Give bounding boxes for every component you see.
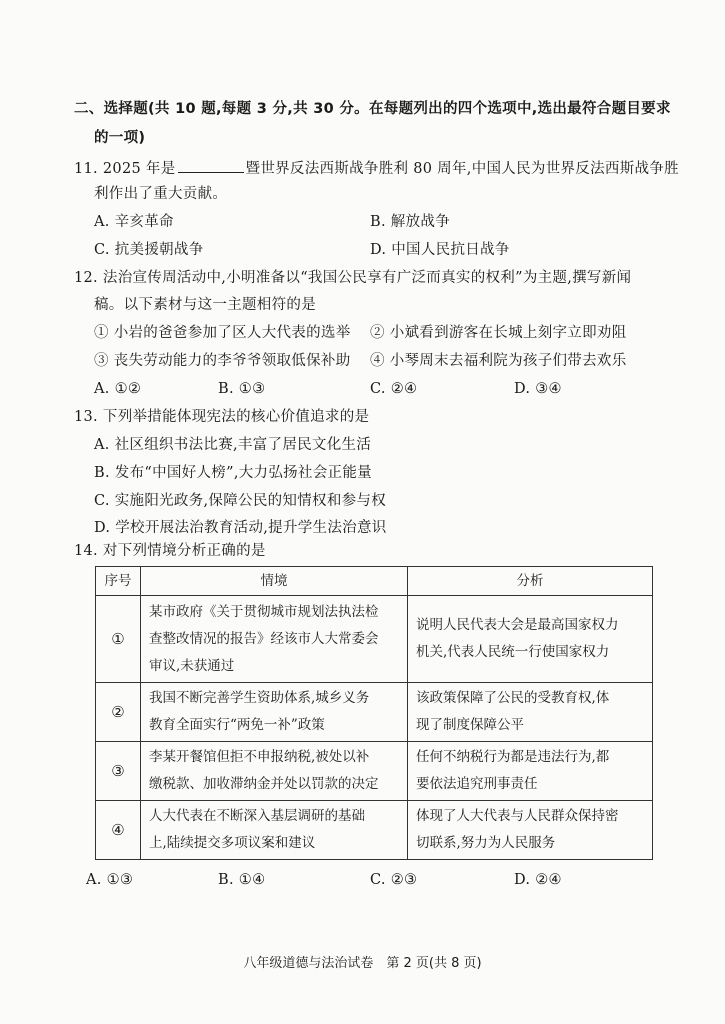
- option-label: D.: [514, 381, 530, 397]
- row-no: ①: [96, 596, 141, 683]
- q12-option-c: C. ②④: [370, 379, 417, 399]
- row-analysis: 体现了人大代表与人民群众保持密 切联系,努力为人民服务: [408, 801, 653, 860]
- header-situation: 情境: [141, 567, 408, 596]
- situation-line: 审议,未获通过: [149, 653, 399, 680]
- header-no: 序号: [96, 567, 141, 596]
- situation-table: 序号 情境 分析 ① 某市政府《关于贯彻城市规划法执法检 查整改情况的报告》经该…: [95, 566, 653, 860]
- q12-option-a: A. ①②: [94, 379, 141, 399]
- table-header-row: 序号 情境 分析: [96, 567, 653, 596]
- option-text: 学校开展法治教育活动,提升学生法治意识: [115, 520, 386, 536]
- q14-number: 14.: [74, 543, 98, 559]
- q12-material-1: ① 小岩的爸爸参加了区人大代表的选举: [94, 323, 351, 343]
- option-label: B.: [94, 465, 110, 481]
- option-text: ②③: [391, 872, 418, 888]
- q12-material-4: ④ 小琴周末去福利院为孩子们带去欢乐: [370, 351, 627, 371]
- option-text: 解放战争: [391, 214, 450, 230]
- q12-option-d: D. ③④: [514, 379, 562, 399]
- q14-option-a: A. ①③: [86, 870, 133, 890]
- analysis-line: 机关,代表人民统一行使国家权力: [416, 639, 644, 666]
- q11-number: 11.: [74, 161, 98, 177]
- row-no: ②: [96, 683, 141, 742]
- q12-stem: 12. 法治宣传周活动中,小明准备以“我国公民享有广泛而真实的权利”为主题,撰写…: [74, 268, 631, 288]
- row-analysis: 说明人民代表大会是最高国家权力 机关,代表人民统一行使国家权力: [408, 596, 653, 683]
- option-text: ①④: [239, 872, 266, 888]
- option-label: A.: [94, 214, 110, 230]
- option-label: D.: [370, 242, 386, 258]
- q11-stem-line2: 利作出了重大贡献。: [94, 184, 227, 204]
- option-label: D.: [94, 520, 110, 536]
- option-text: 社区组织书法比赛,丰富了居民文化生活: [115, 437, 372, 453]
- analysis-line: 现了制度保障公平: [416, 712, 644, 739]
- table-row: ③ 李某开餐馆但拒不申报纳税,被处以补 缴税款、加收滞纳金并处以罚款的决定 任何…: [96, 742, 653, 801]
- q14-option-c: C. ②③: [370, 870, 417, 890]
- option-text: 辛亥革命: [115, 214, 174, 230]
- option-label: C.: [94, 242, 110, 258]
- option-text: ③④: [535, 381, 562, 397]
- option-text: 中国人民抗日战争: [391, 242, 509, 258]
- q13-stem: 13. 下列举措能体现宪法的核心价值追求的是: [74, 407, 369, 427]
- situation-line: 我国不断完善学生资助体系,城乡义务: [149, 685, 399, 712]
- section-heading-line2: 的一项): [94, 128, 145, 148]
- row-situation: 我国不断完善学生资助体系,城乡义务 教育全面实行“两免一补”政策: [141, 683, 408, 742]
- situation-line: 人大代表在不断深入基层调研的基础: [149, 803, 399, 830]
- row-analysis: 该政策保障了公民的受教育权,体 现了制度保障公平: [408, 683, 653, 742]
- q13-number: 13.: [74, 409, 98, 425]
- page-footer: 八年级道德与法治试卷 第 2 页(共 8 页): [0, 952, 725, 971]
- situation-line: 上,陆续提交多项议案和建议: [149, 830, 399, 857]
- option-label: C.: [370, 381, 386, 397]
- row-no: ③: [96, 742, 141, 801]
- row-analysis: 任何不纳税行为都是违法行为,都 要依法追究刑事责任: [408, 742, 653, 801]
- q12-material-3: ③ 丧失劳动能力的李爷爷领取低保补助: [94, 351, 351, 371]
- analysis-line: 说明人民代表大会是最高国家权力: [416, 612, 644, 639]
- option-label: A.: [94, 381, 110, 397]
- q11-stem-after: 暨世界反法西斯战争胜利 80 周年,中国人民为世界反法西斯战争胜: [246, 161, 679, 177]
- q12-number: 12.: [74, 270, 98, 286]
- q13-stem-text: 下列举措能体现宪法的核心价值追求的是: [103, 409, 369, 425]
- q14-stem-text: 对下列情境分析正确的是: [103, 543, 266, 559]
- q11-option-a: A. 辛亥革命: [94, 212, 174, 232]
- analysis-line: 要依法追究刑事责任: [416, 771, 644, 798]
- option-label: C.: [94, 493, 110, 509]
- option-label: B.: [218, 872, 234, 888]
- situation-line: 某市政府《关于贯彻城市规划法执法检: [149, 599, 399, 626]
- q11-stem-before: 2025 年是: [103, 161, 176, 177]
- q13-option-c: C. 实施阳光政务,保障公民的知情权和参与权: [94, 491, 386, 511]
- option-label: A.: [86, 872, 102, 888]
- q12-option-b: B. ①③: [218, 379, 265, 399]
- option-label: C.: [370, 872, 386, 888]
- q12-stem-line1: 法治宣传周活动中,小明准备以“我国公民享有广泛而真实的权利”为主题,撰写新闻: [103, 270, 631, 286]
- analysis-line: 任何不纳税行为都是违法行为,都: [416, 744, 644, 771]
- option-text: ①②: [115, 381, 142, 397]
- situation-line: 查整改情况的报告》经该市人大常委会: [149, 626, 399, 653]
- q11-option-b: B. 解放战争: [370, 212, 450, 232]
- option-label: A.: [94, 437, 110, 453]
- option-label: B.: [218, 381, 234, 397]
- option-text: 发布“中国好人榜”,大力弘扬社会正能量: [115, 465, 372, 481]
- option-text: 实施阳光政务,保障公民的知情权和参与权: [115, 493, 386, 509]
- row-situation: 李某开餐馆但拒不申报纳税,被处以补 缴税款、加收滞纳金并处以罚款的决定: [141, 742, 408, 801]
- option-text: ②④: [391, 381, 418, 397]
- situation-line: 缴税款、加收滞纳金并处以罚款的决定: [149, 771, 399, 798]
- q13-option-d: D. 学校开展法治教育活动,提升学生法治意识: [94, 518, 387, 538]
- option-text: ①③: [239, 381, 266, 397]
- row-no: ④: [96, 801, 141, 860]
- q11-option-d: D. 中国人民抗日战争: [370, 240, 510, 260]
- table-row: ② 我国不断完善学生资助体系,城乡义务 教育全面实行“两免一补”政策 该政策保障…: [96, 683, 653, 742]
- q14-stem: 14. 对下列情境分析正确的是: [74, 541, 266, 561]
- header-analysis: 分析: [408, 567, 653, 596]
- section-heading-line1: 二、选择题(共 10 题,每题 3 分,共 30 分。在每题列出的四个选项中,选…: [74, 99, 671, 119]
- row-situation: 人大代表在不断深入基层调研的基础 上,陆续提交多项议案和建议: [141, 801, 408, 860]
- analysis-line: 该政策保障了公民的受教育权,体: [416, 685, 644, 712]
- q13-option-a: A. 社区组织书法比赛,丰富了居民文化生活: [94, 435, 371, 455]
- option-label: D.: [514, 872, 530, 888]
- q12-material-2: ② 小斌看到游客在长城上刻字立即劝阻: [370, 323, 627, 343]
- q13-option-b: B. 发布“中国好人榜”,大力弘扬社会正能量: [94, 463, 372, 483]
- option-text: ②④: [535, 872, 562, 888]
- table-row: ① 某市政府《关于贯彻城市规划法执法检 查整改情况的报告》经该市人大常委会 审议…: [96, 596, 653, 683]
- table-row: ④ 人大代表在不断深入基层调研的基础 上,陆续提交多项议案和建议 体现了人大代表…: [96, 801, 653, 860]
- q11-option-c: C. 抗美援朝战争: [94, 240, 204, 260]
- option-text: ①③: [107, 872, 134, 888]
- option-label: B.: [370, 214, 386, 230]
- analysis-line: 体现了人大代表与人民群众保持密: [416, 803, 644, 830]
- analysis-line: 切联系,努力为人民服务: [416, 830, 644, 857]
- row-situation: 某市政府《关于贯彻城市规划法执法检 查整改情况的报告》经该市人大常委会 审议,未…: [141, 596, 408, 683]
- situation-line: 教育全面实行“两免一补”政策: [149, 712, 399, 739]
- q11-blank: [178, 158, 244, 173]
- situation-line: 李某开餐馆但拒不申报纳税,被处以补: [149, 744, 399, 771]
- q14-option-d: D. ②④: [514, 870, 562, 890]
- q12-stem-line2: 稿。以下素材与这一主题相符的是: [94, 295, 316, 315]
- option-text: 抗美援朝战争: [115, 242, 204, 258]
- q11-stem: 11. 2025 年是暨世界反法西斯战争胜利 80 周年,中国人民为世界反法西斯…: [74, 158, 679, 179]
- q14-option-b: B. ①④: [218, 870, 265, 890]
